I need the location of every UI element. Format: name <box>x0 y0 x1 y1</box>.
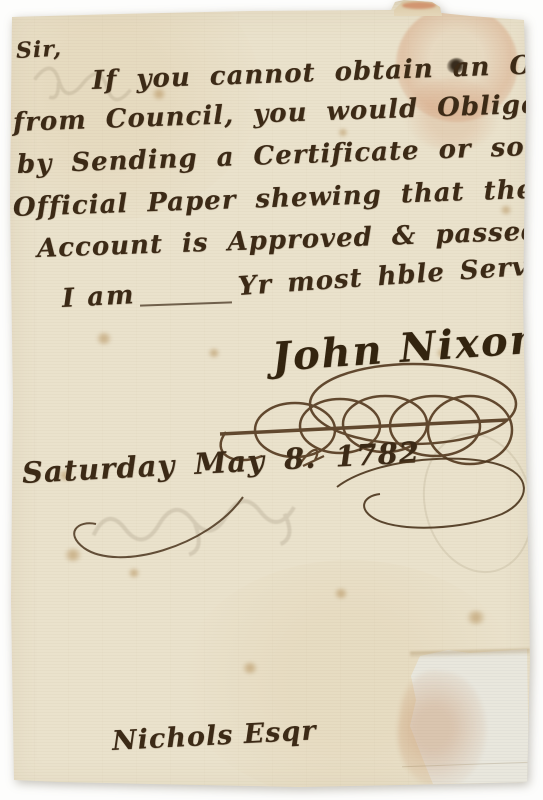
closing-i-am: I am <box>61 280 136 314</box>
date-descender-flourish <box>58 492 258 577</box>
embossed-stamp-oval <box>408 421 543 585</box>
torn-edge-shadow <box>410 648 530 658</box>
paper-flap-stain <box>402 2 436 9</box>
addressee: Nichols Esqr <box>111 715 317 757</box>
body-line-4: Official Paper shewing that the <box>12 175 534 223</box>
letter-paper-wrap: Sir, If you cannot obtain an Order from … <box>0 0 543 800</box>
fox-spot <box>242 662 258 674</box>
closing-servant: Yr most hble Servt <box>237 251 542 302</box>
fox-spot <box>96 332 112 345</box>
torn-edge-stain <box>390 666 493 792</box>
verso-ink-showthrough <box>83 478 367 567</box>
paper-flap <box>392 0 444 18</box>
photo-background: Sir, If you cannot obtain an Order from … <box>0 0 543 800</box>
body-line-1: If you cannot obtain an Order <box>91 48 543 96</box>
fox-spot <box>208 348 220 358</box>
closing-dash <box>140 301 232 306</box>
fox-spot <box>64 548 82 562</box>
salutation: Sir, <box>15 36 62 64</box>
paper-tint <box>180 560 520 800</box>
fox-spot <box>128 568 140 578</box>
body-line-3: by Sending a Certificate or some <box>16 131 543 180</box>
fox-spot <box>334 588 348 599</box>
letter-paper: Sir, If you cannot obtain an Order from … <box>0 0 543 800</box>
fox-spot <box>500 205 512 215</box>
fox-spot <box>338 128 348 137</box>
signature-john-nixon: John Nixon <box>270 315 542 381</box>
dateline: Saturday May 8. 1782 <box>21 435 421 490</box>
fox-spot <box>466 610 486 625</box>
fold-line <box>402 762 530 767</box>
